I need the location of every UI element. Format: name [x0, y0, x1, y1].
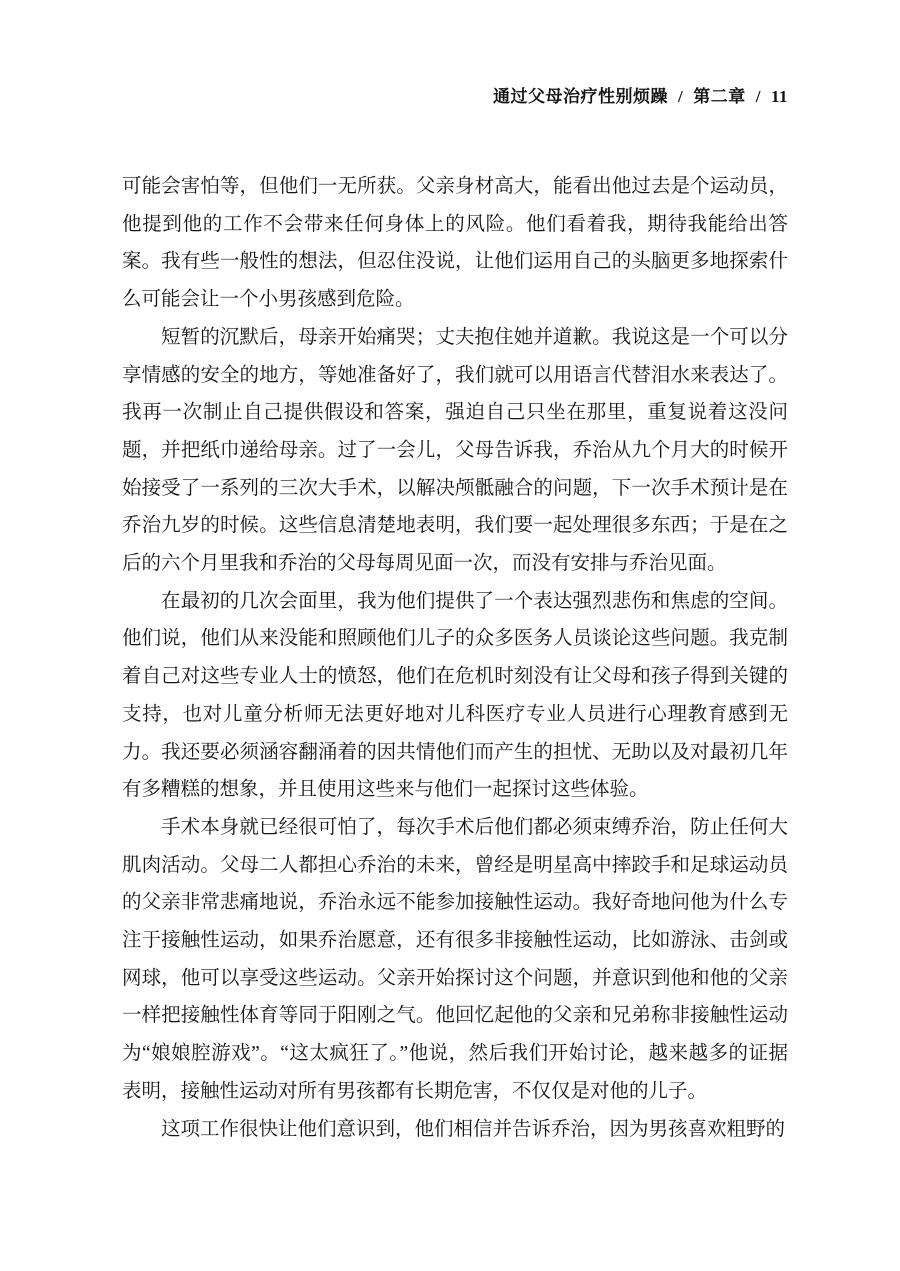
header-separator: / [668, 87, 693, 106]
running-header: 通过父母治疗性别烦躁/第二章/11 [122, 82, 788, 107]
body-paragraph: 手术本身就已经很可怕了，每次手术后他们都必须束缚乔治，防止任何大肌肉活动。父母二… [122, 809, 788, 1111]
running-header-chapter: 第二章 [693, 87, 746, 106]
body-paragraph: 可能会害怕等，但他们一无所获。父亲身材高大，能看出他过去是个运动员，他提到他的工… [122, 168, 788, 319]
body-paragraph: 在最初的几次会面里，我为他们提供了一个表达强烈悲伤和焦虑的空间。他们说，他们从来… [122, 583, 788, 809]
page-number: 11 [771, 87, 788, 106]
body-text: 可能会害怕等，但他们一无所获。父亲身材高大，能看出他过去是个运动员，他提到他的工… [122, 168, 788, 1148]
body-paragraph: 短暂的沉默后，母亲开始痛哭；丈夫抱住她并道歉。我说这是一个可以分享情感的安全的地… [122, 319, 788, 583]
book-page: 通过父母治疗性别烦躁/第二章/11 可能会害怕等，但他们一无所获。父亲身材高大，… [0, 0, 900, 1271]
header-separator: / [746, 87, 771, 106]
body-paragraph: 这项工作很快让他们意识到，他们相信并告诉乔治，因为男孩喜欢粗野的 [122, 1111, 788, 1149]
running-header-title: 通过父母治疗性别烦躁 [493, 87, 668, 106]
